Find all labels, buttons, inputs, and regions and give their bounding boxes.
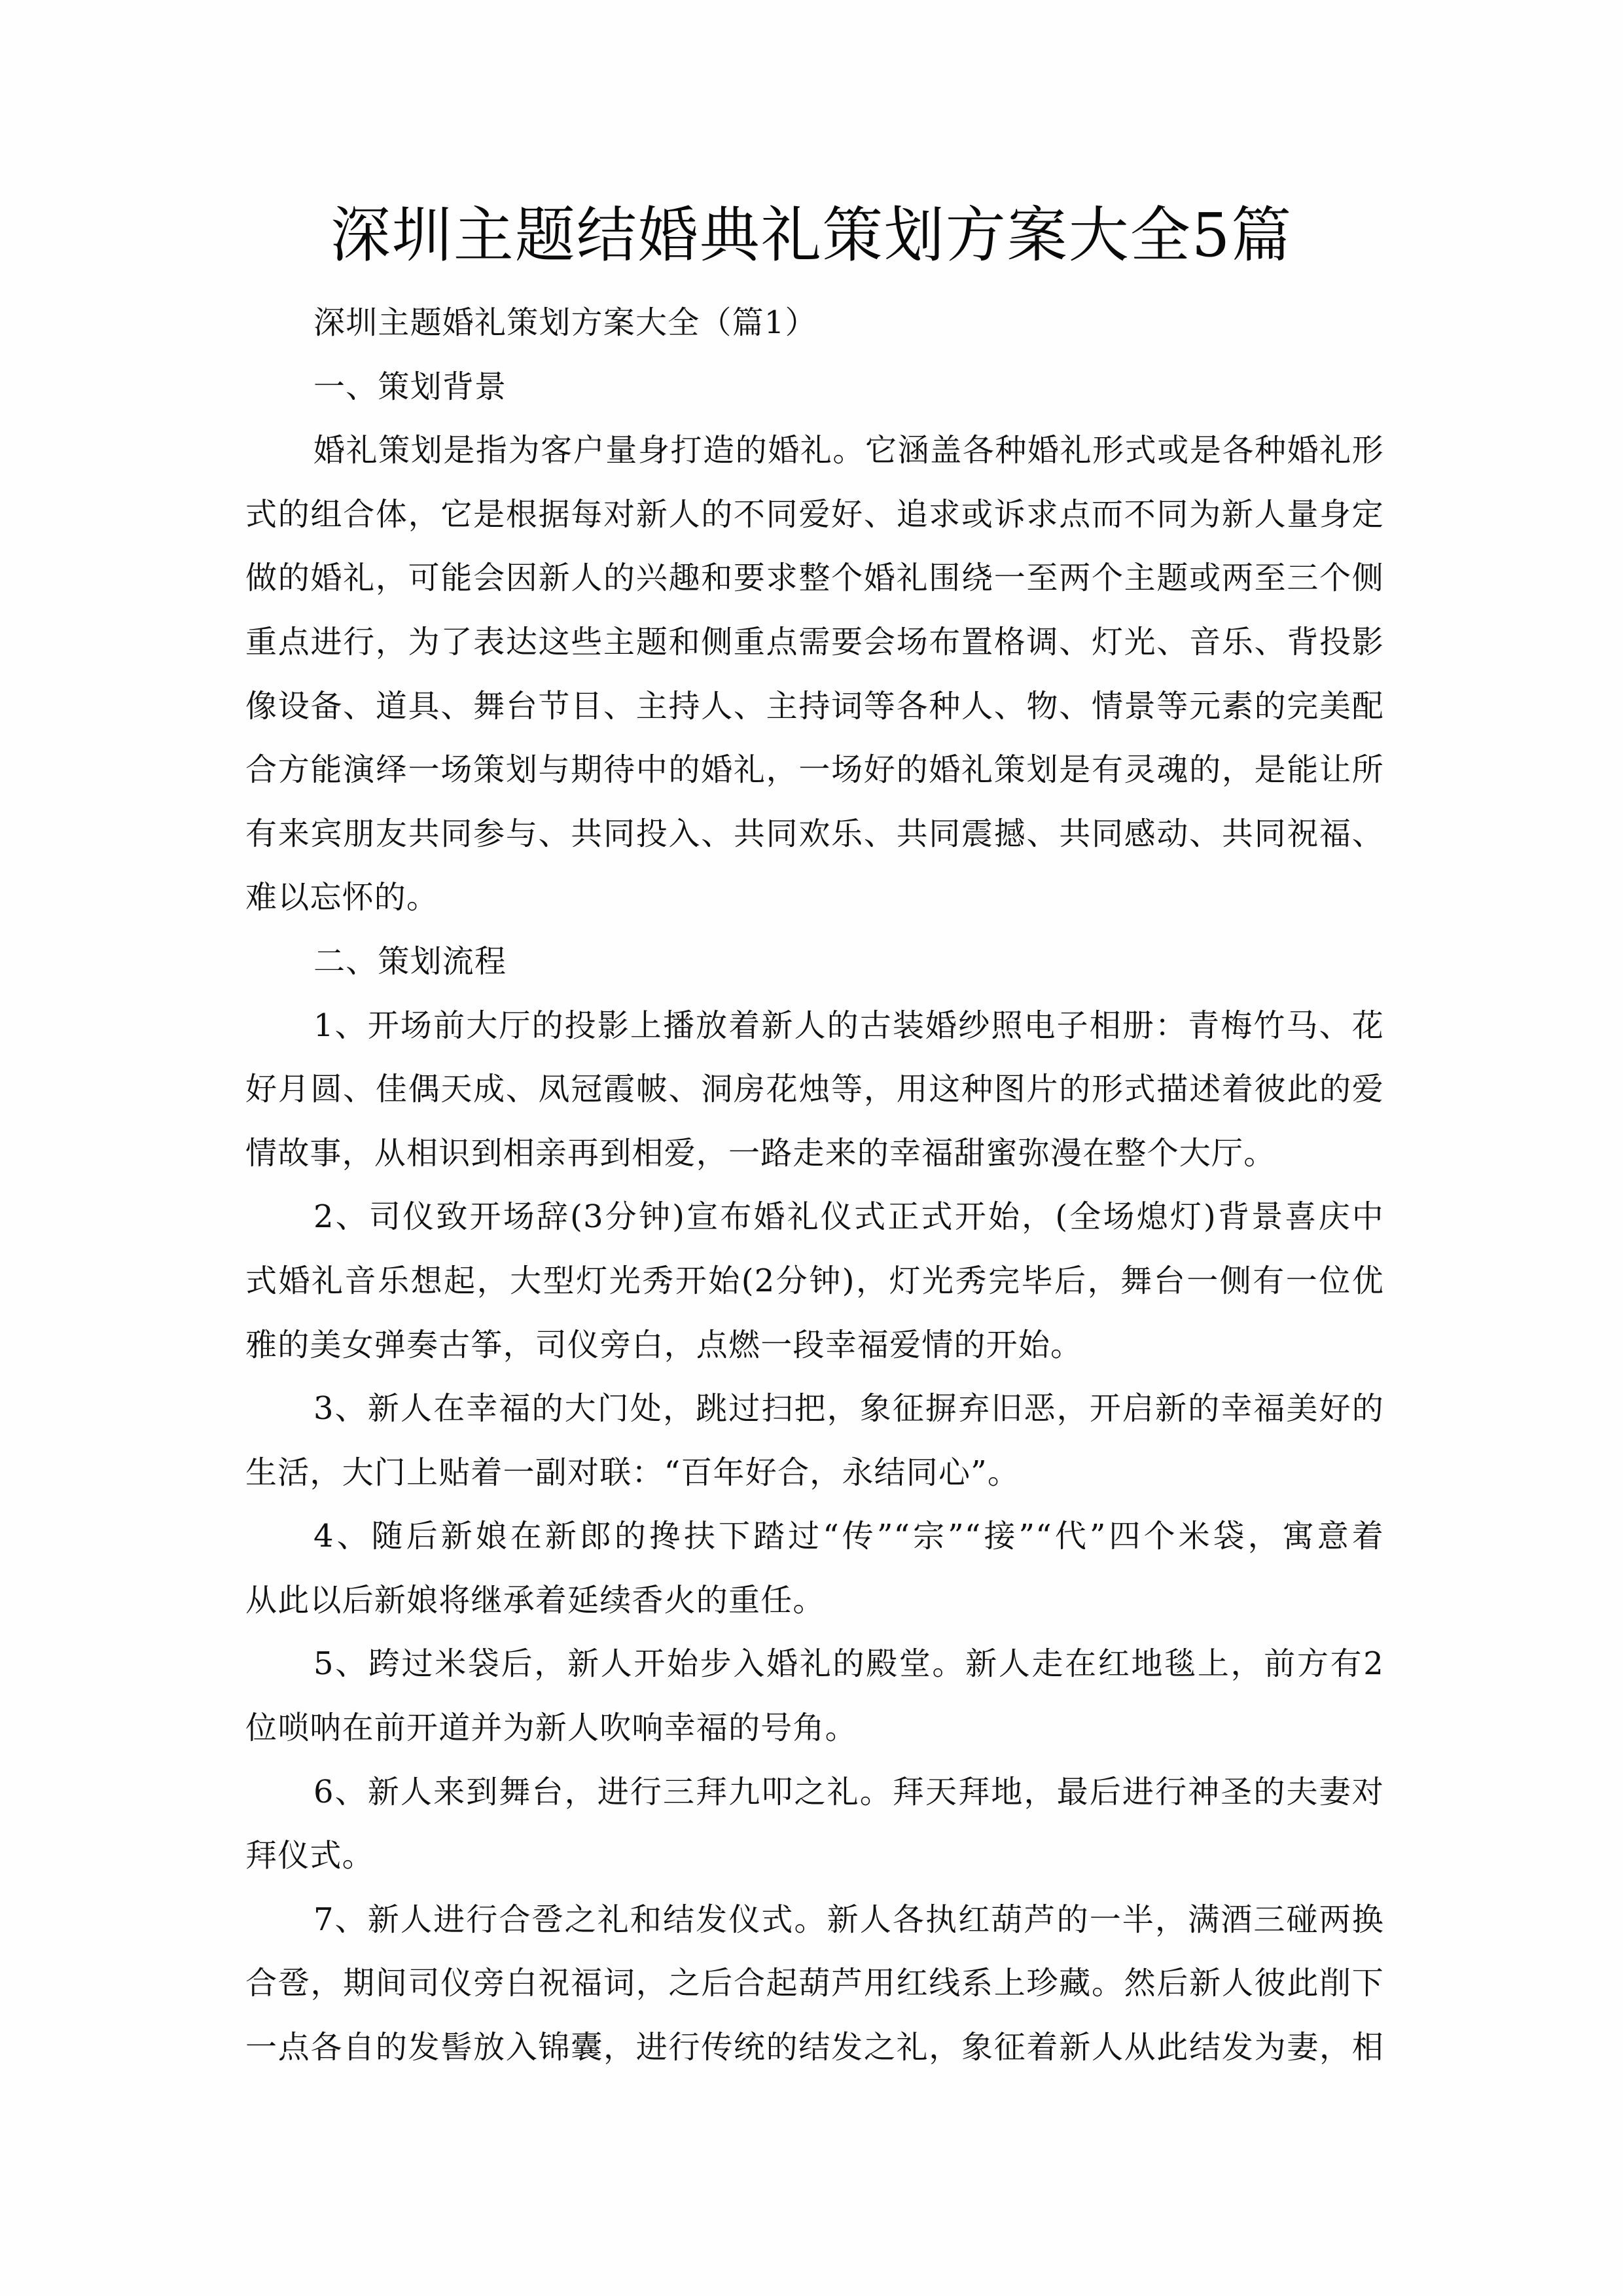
section-heading-process: 二、策划流程 (245, 930, 1384, 994)
text-line: 4、随后新娘在新郎的搀扶下踏过“传”“宗”“接”“代”四个米袋，寓意着 (245, 1505, 1384, 1569)
text-line: 好月圆、佳偶天成、凤冠霞帔、洞房花烛等，用这种图片的形式描述着彼此的爱 (245, 1058, 1384, 1122)
text-line: 位唢呐在前开道并为新人吹响幸福的号角。 (245, 1696, 1384, 1761)
text-line: 难以忘怀的。 (245, 866, 1384, 930)
text-line: 婚礼策划是指为客户量身打造的婚礼。它涵盖各种婚礼形式或是各种婚礼形 (245, 419, 1384, 483)
text-line: 雅的美女弹奏古筝，司仪旁白，点燃一段幸福爱情的开始。 (245, 1314, 1384, 1378)
text-line: 像设备、道具、舞台节目、主持人、主持词等各种人、物、情景等元素的完美配 (245, 675, 1384, 739)
section-heading-background: 一、策划背景 (245, 355, 1384, 420)
process-step-3: 3、新人在幸福的大门处，跳过扫把，象征摒弃旧恶，开启新的幸福美好的 生活，大门上… (245, 1377, 1384, 1505)
document-body: 深圳主题婚礼策划方案大全（篇1） 一、策划背景 婚礼策划是指为客户量身打造的婚礼… (245, 291, 1384, 2080)
document-title: 深圳主题结婚典礼策划方案大全5篇 (0, 196, 1623, 275)
text-line: 7、新人进行合卺之礼和结发仪式。新人各执红葫芦的一半，满酒三碰两换 (245, 1888, 1384, 1952)
text-line: 式婚礼音乐想起，大型灯光秀开始(2分钟)，灯光秀完毕后，舞台一侧有一位优 (245, 1249, 1384, 1314)
text-line: 一点各自的发髻放入锦囊，进行传统的结发之礼，象征着新人从此结发为妻，相 (245, 2016, 1384, 2080)
text-line: 6、新人来到舞台，进行三拜九叩之礼。拜天拜地，最后进行神圣的夫妻对 (245, 1761, 1384, 1825)
text-line: 合方能演绎一场策划与期待中的婚礼，一场好的婚礼策划是有灵魂的，是能让所 (245, 738, 1384, 802)
process-step-5: 5、跨过米袋后，新人开始步入婚礼的殿堂。新人走在红地毯上，前方有2 位唢呐在前开… (245, 1632, 1384, 1760)
paragraph-background: 婚礼策划是指为客户量身打造的婚礼。它涵盖各种婚礼形式或是各种婚礼形 式的组合体，… (245, 419, 1384, 930)
text-line: 情故事，从相识到相亲再到相爱，一路走来的幸福甜蜜弥漫在整个大厅。 (245, 1122, 1384, 1186)
text-line: 式的组合体，它是根据每对新人的不同爱好、追求或诉求点而不同为新人量身定 (245, 483, 1384, 547)
article-subtitle: 深圳主题婚礼策划方案大全（篇1） (245, 291, 1384, 355)
text-line: 有来宾朋友共同参与、共同投入、共同欢乐、共同震撼、共同感动、共同祝福、 (245, 802, 1384, 867)
text-line: 5、跨过米袋后，新人开始步入婚礼的殿堂。新人走在红地毯上，前方有2 (245, 1632, 1384, 1696)
process-step-6: 6、新人来到舞台，进行三拜九叩之礼。拜天拜地，最后进行神圣的夫妻对 拜仪式。 (245, 1761, 1384, 1888)
text-line: 从此以后新娘将继承着延续香火的重任。 (245, 1569, 1384, 1633)
text-line: 拜仪式。 (245, 1824, 1384, 1888)
text-line: 2、司仪致开场辞(3分钟)宣布婚礼仪式正式开始，(全场熄灯)背景喜庆中 (245, 1185, 1384, 1249)
text-line: 合卺，期间司仪旁白祝福词，之后合起葫芦用红线系上珍藏。然后新人彼此削下 (245, 1952, 1384, 2016)
process-step-4: 4、随后新娘在新郎的搀扶下踏过“传”“宗”“接”“代”四个米袋，寓意着 从此以后… (245, 1505, 1384, 1632)
text-line: 生活，大门上贴着一副对联：“百年好合，永结同心”。 (245, 1441, 1384, 1505)
text-line: 3、新人在幸福的大门处，跳过扫把，象征摒弃旧恶，开启新的幸福美好的 (245, 1377, 1384, 1441)
process-step-1: 1、开场前大厅的投影上播放着新人的古装婚纱照电子相册：青梅竹马、花 好月圆、佳偶… (245, 994, 1384, 1186)
text-line: 重点进行，为了表达这些主题和侧重点需要会场布置格调、灯光、音乐、背投影 (245, 611, 1384, 675)
text-line: 做的婚礼，可能会因新人的兴趣和要求整个婚礼围绕一至两个主题或两至三个侧 (245, 547, 1384, 611)
process-step-7: 7、新人进行合卺之礼和结发仪式。新人各执红葫芦的一半，满酒三碰两换 合卺，期间司… (245, 1888, 1384, 2080)
document-page: 深圳主题结婚典礼策划方案大全5篇 深圳主题婚礼策划方案大全（篇1） 一、策划背景… (0, 0, 1623, 2296)
text-line: 1、开场前大厅的投影上播放着新人的古装婚纱照电子相册：青梅竹马、花 (245, 994, 1384, 1058)
process-step-2: 2、司仪致开场辞(3分钟)宣布婚礼仪式正式开始，(全场熄灯)背景喜庆中 式婚礼音… (245, 1185, 1384, 1377)
